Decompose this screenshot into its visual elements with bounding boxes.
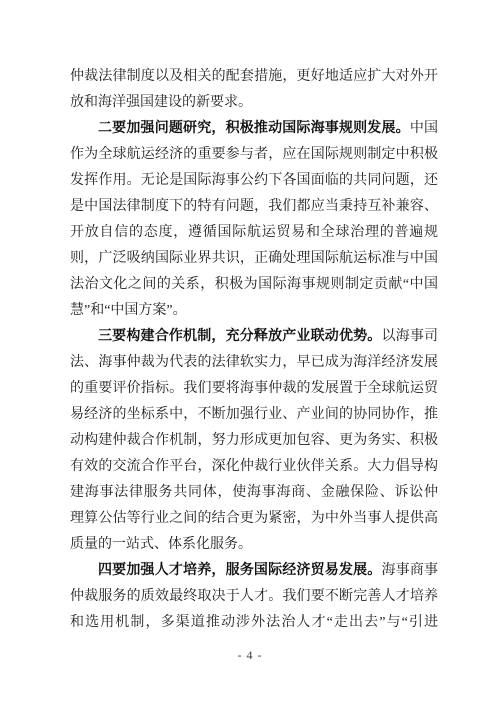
paragraph-heading: 三要构建合作机制，充分释放产业联动优势。 bbox=[98, 329, 381, 344]
line-text: 作为全球航运经济的重要参与者，应在国际规则制定中积极 bbox=[70, 147, 438, 162]
paragraph-heading: 二要加强问题研究，积极推动国际海事规则发展。 bbox=[98, 121, 410, 136]
text-line: 建海事法律服务共同体，使海事海商、金融保险、诉讼仲裁、 bbox=[70, 480, 438, 506]
text-line: 放和海洋强国建设的新要求。 bbox=[70, 90, 438, 116]
text-line: 四要加强人才培养，服务国际经济贸易发展。海事商事 bbox=[70, 558, 438, 584]
line-text: 有效的交流合作平台，深化仲裁行业伙伴关系。大力倡导构 bbox=[70, 459, 438, 474]
line-text: 中国 bbox=[410, 121, 438, 136]
body-text: 仲裁法律制度以及相关的配套措施，更好地适应扩大对外开放和海洋强国建设的新要求。二… bbox=[70, 64, 438, 636]
text-line: 慧”和“中国方案”。 bbox=[70, 298, 438, 324]
text-line: 开放自信的态度，遵循国际航运贸易和全球治理的普遍规 bbox=[70, 220, 438, 246]
text-line: 有效的交流合作平台，深化仲裁行业伙伴关系。大力倡导构 bbox=[70, 454, 438, 480]
line-text: 易经济的坐标系中，不断加强行业、产业间的协同协作，推 bbox=[70, 407, 438, 422]
text-line: 易经济的坐标系中，不断加强行业、产业间的协同协作，推 bbox=[70, 402, 438, 428]
line-text: 理算公估等行业之间的结合更为紧密，为中外当事人提供高 bbox=[70, 511, 438, 526]
line-text: 法、海事仲裁为代表的法律软实力，早已成为海洋经济发展 bbox=[70, 355, 438, 370]
line-text: 开放自信的态度，遵循国际航运贸易和全球治理的普遍规 bbox=[70, 225, 438, 240]
line-text: 慧”和“中国方案”。 bbox=[70, 303, 187, 318]
text-line: 法、海事仲裁为代表的法律软实力，早已成为海洋经济发展 bbox=[70, 350, 438, 376]
text-line: 仲裁服务的质效最终取决于人才。我们要不断完善人才培养 bbox=[70, 584, 438, 610]
document-page: 仲裁法律制度以及相关的配套措施，更好地适应扩大对外开放和海洋强国建设的新要求。二… bbox=[0, 0, 500, 706]
text-line: 法治文化之间的关系，积极为国际海事规则制定贡献“中国智 bbox=[70, 272, 438, 298]
text-line: 质量的一站式、体系化服务。 bbox=[70, 532, 438, 558]
text-line: 三要构建合作机制，充分释放产业联动优势。以海事司 bbox=[70, 324, 438, 350]
text-line: 动构建仲裁合作机制，努力形成更加包容、更为务实、积极 bbox=[70, 428, 438, 454]
line-text: 建海事法律服务共同体，使海事海商、金融保险、诉讼仲裁、 bbox=[70, 485, 438, 506]
text-line: 仲裁法律制度以及相关的配套措施，更好地适应扩大对外开 bbox=[70, 64, 438, 90]
text-line: 作为全球航运经济的重要参与者，应在国际规则制定中积极 bbox=[70, 142, 438, 168]
line-text: 是中国法律制度下的特有问题，我们都应当秉持互补兼容、 bbox=[70, 199, 438, 214]
text-line: 发挥作用。无论是国际海事公约下各国面临的共同问题，还 bbox=[70, 168, 438, 194]
paragraph-heading: 四要加强人才培养，服务国际经济贸易发展。 bbox=[98, 563, 381, 578]
text-line: 的重要评价指标。我们要将海事仲裁的发展置于全球航运贸 bbox=[70, 376, 438, 402]
text-line: 二要加强问题研究，积极推动国际海事规则发展。中国 bbox=[70, 116, 438, 142]
line-text: 海事商事 bbox=[381, 563, 438, 578]
text-line: 是中国法律制度下的特有问题，我们都应当秉持互补兼容、 bbox=[70, 194, 438, 220]
line-text: 动构建仲裁合作机制，努力形成更加包容、更为务实、积极 bbox=[70, 433, 438, 448]
line-text: 的重要评价指标。我们要将海事仲裁的发展置于全球航运贸 bbox=[70, 381, 438, 396]
line-text: 和选用机制，多渠道推动涉外法治人才“走出去”与“引进来”， bbox=[70, 615, 438, 636]
line-text: 以海事司 bbox=[381, 329, 438, 344]
line-text: 放和海洋强国建设的新要求。 bbox=[70, 95, 252, 110]
text-line: 和选用机制，多渠道推动涉外法治人才“走出去”与“引进来”， bbox=[70, 610, 438, 636]
line-text: 质量的一站式、体系化服务。 bbox=[70, 537, 252, 552]
text-line: 理算公估等行业之间的结合更为紧密，为中外当事人提供高 bbox=[70, 506, 438, 532]
line-text: 发挥作用。无论是国际海事公约下各国面临的共同问题，还 bbox=[70, 173, 438, 188]
text-line: 则，广泛吸纳国际业界共识，正确处理国际航运标准与中国 bbox=[70, 246, 438, 272]
line-text: 则，广泛吸纳国际业界共识，正确处理国际航运标准与中国 bbox=[70, 251, 438, 266]
line-text: 法治文化之间的关系，积极为国际海事规则制定贡献“中国智 bbox=[70, 277, 438, 298]
page-number: - 4 - bbox=[0, 642, 500, 668]
line-text: 仲裁服务的质效最终取决于人才。我们要不断完善人才培养 bbox=[70, 589, 438, 604]
line-text: 仲裁法律制度以及相关的配套措施，更好地适应扩大对外开 bbox=[70, 69, 438, 84]
